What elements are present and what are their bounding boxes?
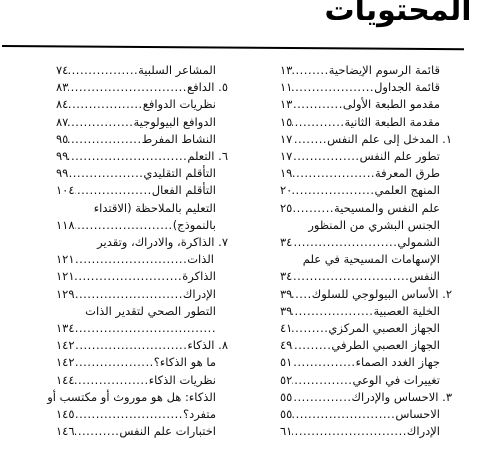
toc-entry-title: ٥. الدافع <box>187 79 228 96</box>
toc-entry-title: المنهج العلمي <box>375 182 441 199</box>
toc-entry-page: ٩٩ <box>56 148 68 165</box>
toc-entry-title: الذاكرة <box>182 268 216 285</box>
toc-entry[interactable]: قائمة الجداول ١١ <box>280 79 452 96</box>
toc-entry-page: ٨٧ <box>56 114 68 131</box>
toc-entry-page: ١١ <box>280 79 292 96</box>
toc-leader-dots <box>68 148 187 165</box>
toc-entry[interactable]: ما هو الذكاء؟ ١٤٢ <box>56 354 228 371</box>
toc-entry-page: ٣٤ <box>280 268 292 285</box>
toc-leader-dots <box>68 114 133 131</box>
toc-entry-multiline[interactable]: ٧. الذاكرة، والادراك، وتقدير الذات ١٢١ <box>56 234 228 268</box>
toc-entry-title: الإدراك <box>407 423 440 440</box>
toc-leader-dots <box>75 286 183 303</box>
toc-entry-title: متفرد؟ <box>183 406 216 423</box>
toc-entry-title: الجهاز العصبي الطرفي <box>331 337 440 354</box>
toc-leader-dots <box>75 354 154 371</box>
toc-leader-dots <box>292 320 328 337</box>
toc-entry[interactable]: ١٣٤ <box>56 320 216 337</box>
toc-entry-title: تغييرات في الوعي <box>352 372 440 389</box>
toc-entry[interactable]: تطور علم النفس ١٧ <box>280 148 452 165</box>
toc-entry-page: ١٥ <box>280 114 292 131</box>
toc-entry[interactable]: المنهج العلمي ٢٠ <box>280 182 452 199</box>
toc-entry[interactable]: نظريات الذكاء ١٤٤ <box>56 372 228 389</box>
toc-entry[interactable]: النفس ٣٤ <box>280 268 440 285</box>
toc-entry-title: الدوافع البيولوجية <box>133 114 216 131</box>
toc-entry-page: ٢٠ <box>280 182 292 199</box>
toc-entry[interactable]: الاحساس ٥٥ <box>280 406 452 423</box>
toc-entry[interactable]: علم النفس والمسيحية ٢٥ <box>280 200 452 217</box>
toc-entry[interactable]: ١. المدخل إلى علم النفس ١٧ <box>280 131 452 148</box>
toc-entry[interactable]: الذاكرة ١٢١ <box>56 268 228 285</box>
toc-entry-page: ٥١ <box>280 354 292 371</box>
toc-entry-title-line1: ٧. الذاكرة، والادراك، وتقدير <box>56 234 228 251</box>
toc-leader-dots <box>68 96 142 113</box>
toc-entry-title-line1: الذكاء: هل هو موروث أو مكتسب أو <box>56 389 216 406</box>
toc-entry-title: ٢. الأساس البيولوجي للسلوك <box>312 286 452 303</box>
toc-entry-title: مقدمو الطبعة الأولى <box>343 96 440 113</box>
toc-entry-title: التأقلم الفعال <box>152 182 216 199</box>
toc-entry-page: ٣٩ <box>280 303 292 320</box>
toc-entry-title: قائمة الرسوم الإيضاحية <box>329 62 440 79</box>
toc-entry-page: ١٤٤ <box>56 372 75 389</box>
toc-leader-dots <box>292 200 334 217</box>
toc-entry[interactable]: تغييرات في الوعي ٥٢ <box>280 372 452 389</box>
toc-leader-dots <box>75 406 183 423</box>
toc-entry[interactable]: الدوافع البيولوجية ٨٧ <box>56 114 228 131</box>
toc-entry-title: بالنموذج) <box>173 217 216 234</box>
toc-entry-page: ٩٥ <box>56 131 68 148</box>
toc-entry[interactable]: بالنموذج) ١١٨ <box>56 217 216 234</box>
toc-leader-dots <box>292 406 395 423</box>
toc-entry[interactable]: مقدمو الطبعة الأولى ١٣ <box>280 96 452 113</box>
toc-entry[interactable]: الشمولي ٣٤ <box>280 234 440 251</box>
toc-entry-title: النشاط المفرط <box>142 131 216 148</box>
toc-entry-title-line1: الجنس البشري من المنظور <box>280 217 440 234</box>
toc-leader-dots <box>292 182 374 199</box>
toc-entry[interactable]: الجهاز العصبي الطرفي ٤٩ <box>280 337 452 354</box>
toc-entry-page: ٤١ <box>280 320 292 337</box>
toc-entry-title: نظريات الذكاء <box>149 372 216 389</box>
toc-leader-dots <box>68 62 138 79</box>
toc-entry-page: ١٢٩ <box>56 286 75 303</box>
toc-leader-dots <box>68 131 141 148</box>
toc-entry-page: ٦١ <box>280 423 292 440</box>
toc-leader-dots <box>292 79 374 96</box>
toc-entry-title: الجهاز العصبي المركزي <box>328 320 440 337</box>
toc-entry-title: تطور علم النفس <box>360 148 440 165</box>
toc-entry-page: ١٧ <box>280 148 292 165</box>
toc-entry-multiline[interactable]: الجنس البشري من المنظور الشمولي ٣٤ <box>280 217 452 251</box>
toc-leader-dots <box>292 372 352 389</box>
toc-leader-dots <box>292 286 311 303</box>
toc-leader-dots <box>292 337 331 354</box>
toc-leader-dots <box>75 337 188 354</box>
toc-entry-page: ٤٩ <box>280 337 292 354</box>
toc-entry[interactable]: الجهاز العصبي المركزي ٤١ <box>280 320 452 337</box>
toc-entry-page: ٥٥ <box>280 406 292 423</box>
toc-entry-page: ٩٩ <box>56 165 68 182</box>
toc-leader-dots <box>292 234 397 251</box>
toc-leader-dots <box>292 114 344 131</box>
toc-entry-title: ٨. الذكاء <box>187 337 228 354</box>
toc-entry-title: ٦. التعلم <box>187 148 228 165</box>
toc-entry-multiline[interactable]: الذكاء: هل هو موروث أو مكتسب أو متفرد؟ ١… <box>56 389 228 423</box>
toc-entry-page: ٨٤ <box>56 96 68 113</box>
toc-entry-page: ١٤٢ <box>56 354 75 371</box>
toc-leader-dots <box>292 268 409 285</box>
toc-entry[interactable]: ٢. الأساس البيولوجي للسلوك ٣٩ <box>280 286 452 303</box>
toc-entry[interactable]: الإدراك ٦١ <box>280 423 452 440</box>
toc-entry-title: نظريات الدوافع <box>143 96 216 113</box>
toc-entry[interactable]: ٥. الدافع ٨٣ <box>56 79 228 96</box>
toc-column-right: قائمة الرسوم الإيضاحية ١٣ قائمة الجداول … <box>280 62 452 440</box>
toc-entry-title: الشمولي <box>397 234 440 251</box>
toc-entry[interactable]: متفرد؟ ١٤٥ <box>56 406 216 423</box>
toc-entry-title: اختبارات علم النفس <box>119 423 216 440</box>
toc-entry-title: جهاز الغدد الصماء <box>356 354 440 371</box>
toc-leader-dots <box>292 303 373 320</box>
toc-entry-title: الذات <box>187 251 214 268</box>
toc-entry-page: ٣٤ <box>280 234 292 251</box>
toc-entry-title: الاحساس <box>395 406 440 423</box>
toc-leader-dots <box>75 217 173 234</box>
toc-leader-dots <box>292 165 375 182</box>
toc-entry[interactable]: اختبارات علم النفس ١٤٦ <box>56 423 228 440</box>
toc-entry-page: ٨٣ <box>56 79 68 96</box>
toc-leader-dots <box>292 62 328 79</box>
toc-entry-title: النفس <box>409 268 440 285</box>
toc-entry-page: ١٢١ <box>56 268 75 285</box>
toc-entry-page: ٧٤ <box>56 62 68 79</box>
toc-entry[interactable]: المشاعر السلبية ٧٤ <box>56 62 228 79</box>
toc-entry-page: ١٣ <box>280 62 292 79</box>
toc-entry-title-line1: التطور الصحي لتقدير الذات <box>56 303 216 320</box>
toc-entry-title: مقدمة الطبعة الثانية <box>345 114 440 131</box>
toc-entry[interactable]: التأقلم الفعال ١٠٤ <box>56 182 228 199</box>
toc-entry-page: ١٣ <box>280 96 292 113</box>
toc-entry[interactable]: الخلية العصبية ٣٩ <box>280 303 452 320</box>
toc-entry-title: علم النفس والمسيحية <box>334 200 440 217</box>
toc-entry-page: ٢٥ <box>280 200 292 217</box>
toc-entry[interactable]: الإدراك ١٢٩ <box>56 286 228 303</box>
toc-leader-dots <box>75 423 120 440</box>
toc-entry[interactable]: جهاز الغدد الصماء ٥١ <box>280 354 452 371</box>
toc-leader-dots <box>75 182 152 199</box>
toc-entry[interactable]: ٦. التعلم ٩٩ <box>56 148 228 165</box>
toc-entry-page: ١٧ <box>280 131 292 148</box>
toc-entry-page: ١٩ <box>280 165 292 182</box>
toc-entry-page: ١١٨ <box>56 217 75 234</box>
toc-leader-dots <box>75 268 183 285</box>
toc-entry-multiline[interactable]: التعليم بالملاحظة (الاقتداء بالنموذج) ١١… <box>56 200 228 234</box>
toc-entry-title: ما هو الذكاء؟ <box>154 354 216 371</box>
toc-entry-page: ١٤٦ <box>56 423 75 440</box>
toc-leader-dots <box>292 96 343 113</box>
page-title: المحتويات <box>318 0 478 28</box>
toc-entry-multiline[interactable]: الإسهامات المسيحية في علم النفس ٣٤ <box>280 251 452 285</box>
toc-leader-dots <box>68 165 143 182</box>
toc-entry-multiline[interactable]: التطور الصحي لتقدير الذات ١٣٤ <box>56 303 228 337</box>
toc-entry-page: ٣٩ <box>280 286 292 303</box>
toc-entry-page: ١٢١ <box>56 251 75 268</box>
header-divider <box>2 45 464 50</box>
toc-entry-title-line1: الإسهامات المسيحية في علم <box>280 251 440 268</box>
toc-entry-page: ٥٢ <box>280 372 292 389</box>
toc-entry-title: التأقلم التقليدي <box>143 165 216 182</box>
toc-entry-title: طرق المعرفة <box>375 165 440 182</box>
toc-leader-dots <box>292 423 407 440</box>
toc-entry[interactable]: الذات ١٢١ <box>56 251 228 268</box>
toc-entry[interactable]: التأقلم التقليدي ٩٩ <box>56 165 228 182</box>
toc-leader-dots <box>75 320 216 337</box>
toc-entry[interactable]: نظريات الدوافع ٨٤ <box>56 96 228 113</box>
toc-entry-title-line1: التعليم بالملاحظة (الاقتداء <box>56 200 216 217</box>
toc-entry-page: ١٤٥ <box>56 406 75 423</box>
toc-leader-dots <box>68 79 187 96</box>
toc-leader-dots <box>292 148 359 165</box>
toc-entry-page: ٥٥ <box>280 389 292 406</box>
toc-leader-dots <box>292 354 355 371</box>
toc-entry-title: الإدراك <box>183 286 216 303</box>
toc-entry-title: الخلية العصبية <box>373 303 440 320</box>
toc-entry-title: المشاعر السلبية <box>138 62 216 79</box>
toc-leader-dots <box>292 389 351 406</box>
toc-entry[interactable]: مقدمة الطبعة الثانية ١٥ <box>280 114 452 131</box>
toc-entry[interactable]: قائمة الرسوم الإيضاحية ١٣ <box>280 62 452 79</box>
toc-entry-page: ١٤٢ <box>56 337 75 354</box>
toc-column-left: المشاعر السلبية ٧٤ ٥. الدافع ٨٣ نظريات ا… <box>56 62 228 440</box>
toc-leader-dots <box>292 131 327 148</box>
toc-entry-title: ١. المدخل إلى علم النفس <box>327 131 452 148</box>
toc-entry[interactable]: ٨. الذكاء ١٤٢ <box>56 337 228 354</box>
toc-entry-title: ٣. الاحساس والإدراك <box>352 389 452 406</box>
toc-entry[interactable]: النشاط المفرط ٩٥ <box>56 131 228 148</box>
toc-leader-dots <box>75 372 149 389</box>
toc-leader-dots <box>75 251 188 268</box>
toc-entry-page: ١٣٤ <box>56 320 75 337</box>
toc-entry-page: ١٠٤ <box>56 182 75 199</box>
toc-entry[interactable]: طرق المعرفة ١٩ <box>280 165 452 182</box>
toc-entry[interactable]: ٣. الاحساس والإدراك ٥٥ <box>280 389 452 406</box>
toc-entry-title: قائمة الجداول <box>374 79 440 96</box>
